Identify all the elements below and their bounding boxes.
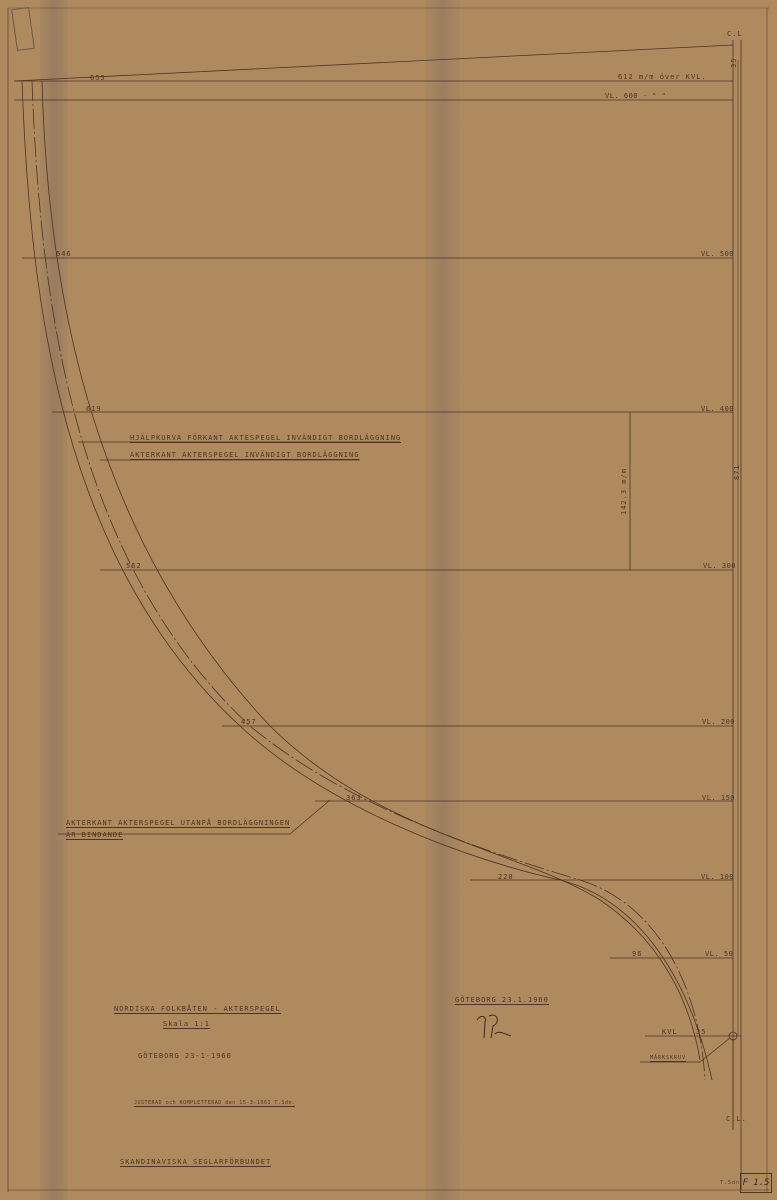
outer-edge-note: ÄR BINDANDE: [66, 831, 123, 840]
waterline-label: VL. 50: [705, 950, 733, 958]
sheet-prefix: T.Sdn: [720, 1180, 740, 1186]
centerline-label-top: C.L: [727, 30, 743, 38]
curve-note: AKTERKANT AKTERSPEGEL INVÄNDIGT BORDLÄGG…: [130, 451, 359, 460]
organization-name: SKANDINAVISKA SEGLARFÖRBUNDET: [120, 1158, 271, 1167]
drawing-scale: Skala 1:1: [163, 1020, 210, 1029]
signature-date: GÖTEBORG 23.1.1960: [455, 996, 549, 1005]
signature: [475, 1012, 515, 1042]
offset-label: 619: [86, 405, 102, 413]
waterline-label: VL. 400: [701, 405, 734, 413]
offset-label: 457: [241, 718, 257, 726]
span-dimension: 142.3 m/m: [620, 468, 628, 515]
top-dim-label: 35: [730, 58, 738, 68]
offset-label: 646: [56, 250, 72, 258]
waterline-label: VL. 300: [703, 562, 736, 570]
drawing-date: GÖTEBORG 23-1-1960: [138, 1052, 232, 1060]
keel-offset: 35: [696, 1028, 706, 1036]
offset-label: 96: [632, 950, 642, 958]
sheet-number: F 1.5: [740, 1173, 772, 1193]
technical-drawing-sheet: C.L 655 612 m/m över KVL. 35 VL. 600 - "…: [0, 0, 777, 1200]
offset-label: 220: [498, 873, 514, 881]
total-height-dimension: 871: [733, 464, 741, 480]
waterline-label: VL. 500: [701, 250, 734, 258]
offset-label: 363: [346, 794, 362, 802]
waterline-label: VL. 600 - " ": [605, 92, 666, 100]
bolt-label: MÄRKSKRUV: [650, 1055, 686, 1062]
waterline-label: VL. 100: [701, 873, 734, 881]
waterline-label: VL. 200: [702, 718, 735, 726]
curve-note: HJÄLPKURVA FÖRKANT AKTESPEGEL INVÄNDIGT …: [130, 434, 401, 443]
revision-note: JUSTERAD och KOMPLETTERAD den 15-3-1961 …: [134, 1100, 295, 1107]
transom-curve-drawing: [0, 0, 777, 1200]
offset-label: 655: [90, 74, 106, 82]
keel-label: KVL: [662, 1028, 678, 1036]
outer-edge-note: AKTERKANT AKTERSPEGEL UTANPÅ BORDLÄGGNIN…: [66, 819, 290, 828]
drawing-title: NORDISKA FOLKBÅTEN - AKTERSPEGEL: [114, 1005, 281, 1014]
waterline-label: VL. 150: [702, 794, 735, 802]
top-height-label: 612 m/m över KVL.: [618, 73, 707, 81]
centerline-label-bottom: C.L.: [726, 1115, 747, 1123]
offset-label: 562: [126, 562, 142, 570]
